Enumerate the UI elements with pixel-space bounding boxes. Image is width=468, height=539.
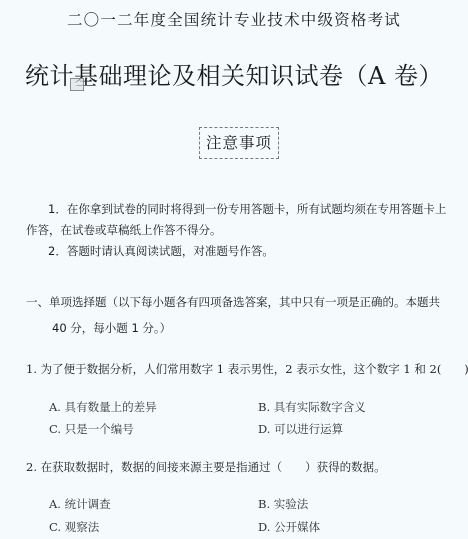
- question-2-stem: 2. 在获取数据时，数据的间接来源主要是指通过（ ）获得的数据。: [26, 459, 386, 475]
- text-cursor-box: [70, 78, 84, 91]
- question-2-option-a: A. 统计调查: [49, 496, 111, 512]
- question-1-option-a: A. 具有数量上的差异: [49, 399, 157, 415]
- question-2-option-b: B. 实验法: [258, 496, 308, 512]
- question-2-option-c: C. 观察法: [49, 519, 99, 535]
- question-1-option-b: B. 具有实际数字含义: [258, 399, 366, 415]
- question-1-option-c: C. 只是一个编号: [49, 421, 134, 437]
- notice-2: 2．答题时请认真阅读试题，对准题号作答。: [48, 243, 274, 259]
- section-heading-line-1: 一、单项选择题（以下每小题各有四项备选答案，其中只有一项是正确的。本题共: [26, 294, 440, 310]
- question-1-option-d: D. 可以进行运算: [258, 421, 343, 437]
- notice-heading: 注意事项: [199, 127, 279, 159]
- question-2-option-d: D. 公开媒体: [258, 519, 320, 535]
- exam-header: 二〇一二年度全国统计专业技术中级资格考试: [0, 8, 468, 30]
- notice-1-line-2: 作答，在试卷或草稿纸上作答不得分。: [26, 222, 222, 238]
- section-heading-line-2: 40 分，每小题 1 分。）: [52, 320, 171, 336]
- notice-1-line-1: 1．在你拿到试卷的同时将得到一份专用答题卡，所有试题均须在专用答题卡上: [48, 201, 446, 217]
- question-1-stem: 1. 为了便于数据分析，人们常用数字 1 表示男性，2 表示女性，这个数字 1 …: [26, 361, 468, 377]
